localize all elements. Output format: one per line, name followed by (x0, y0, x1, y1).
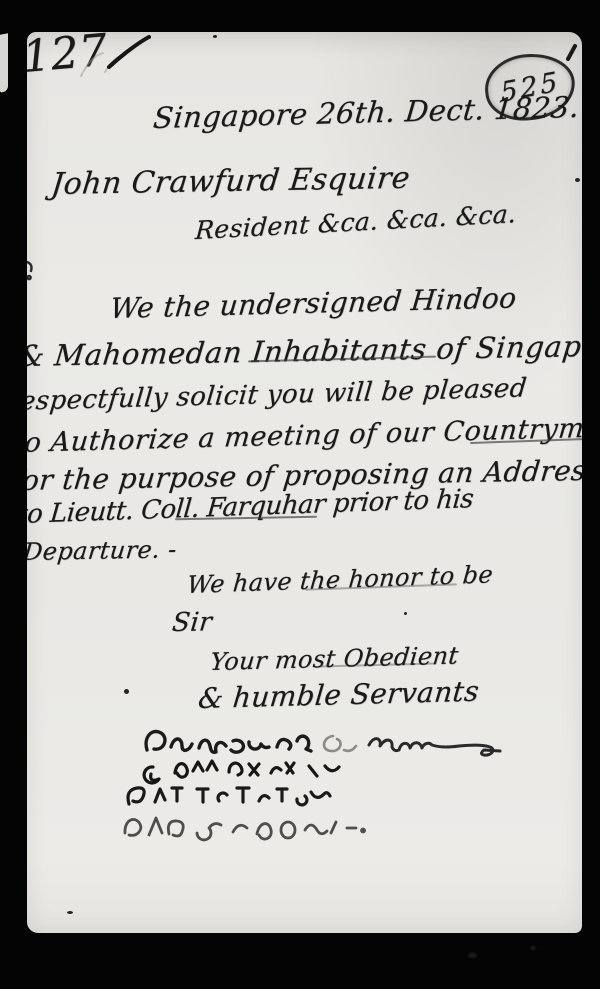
ink-speck (67, 911, 73, 914)
tamil-signature-4 (115, 807, 375, 843)
recipient-name: John Crawfurd Esquire (50, 164, 412, 200)
recipient-title: Resident &ca. &ca. &ca. (194, 201, 517, 243)
dateline: Singapore 26th. Dect. 1823. (152, 93, 581, 133)
body-line-3: respectfully solicit you will be pleased (27, 375, 528, 415)
ink-dot (124, 689, 129, 694)
closing-line-4: & humble Servants (197, 678, 481, 713)
tick-mark (565, 44, 579, 62)
tamil-signature-2 (141, 751, 361, 781)
ink-speck (213, 35, 217, 38)
ink-speck (575, 178, 580, 182)
closing-line-1: We have the honor to be (186, 562, 494, 597)
margin-mark (27, 258, 38, 282)
body-line-7: Departure. - (27, 537, 178, 564)
closing-line-2: Sir (171, 609, 213, 636)
ink-speck (404, 612, 407, 615)
closing-line-3: Your most Obedient (209, 643, 460, 674)
background-speck (468, 953, 477, 958)
pen-flourish (105, 34, 155, 70)
background-speck (530, 946, 536, 950)
tamil-signature-3 (121, 778, 346, 810)
letter-paper: 127 525 Singapore 26th. Dect. 1823. John… (27, 32, 582, 933)
body-line-1: We the undersigned Hindoo (109, 284, 518, 323)
body-line-2: & Mahomedan Inhabitants of Singapore (27, 331, 582, 371)
body-line-4: to Authorize a meeting of our Countrymen (27, 414, 582, 457)
scanned-document-page: 127 525 Singapore 26th. Dect. 1823. John… (0, 0, 600, 989)
adjacent-page-edge (0, 33, 8, 92)
